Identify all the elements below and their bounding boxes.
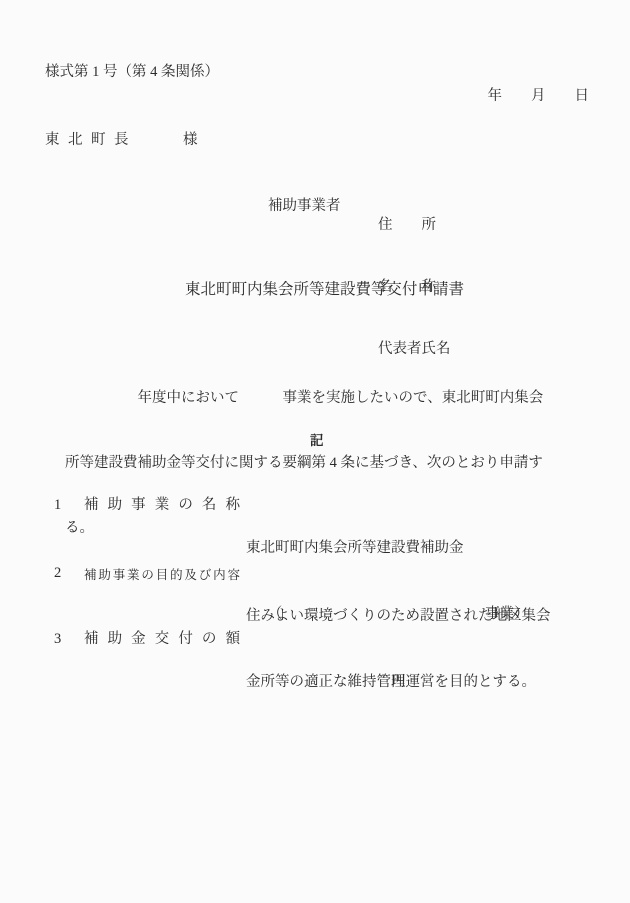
- document-page: 様式第 1 号（第 4 条関係） 年 月 日 東北町長 様 補助事業者 住 所 …: [0, 0, 630, 903]
- item-number: 3: [54, 629, 61, 649]
- body-paragraph-line: 所等建設費補助金等交付に関する要綱第 4 条に基づき、次のとおり申請す: [65, 451, 543, 476]
- item-label-grant-amount: 補助金交付の額: [84, 629, 240, 649]
- applicant-group-label: 補助事業者: [268, 196, 341, 216]
- body-paragraph-line: 年度中において 事業を実施したいので、東北町町内集会: [65, 386, 543, 411]
- applicant-field-address: 住 所: [378, 214, 451, 236]
- item-value-grant-amount: 金 円: [246, 629, 406, 735]
- item-value-line: 東北町町内集会所等建設費補助金: [246, 535, 529, 561]
- list-item-3: 3 補助金交付の額 金 円: [0, 629, 630, 689]
- item-value-line: 住みよい環境づくりのため設置された地区集会: [246, 603, 551, 629]
- list-item-2: 2 補助事業の目的及び内容 住みよい環境づくりのため設置された地区集会 所等の適…: [0, 563, 630, 623]
- item-number: 1: [54, 495, 61, 515]
- form-number: 様式第 1 号（第 4 条関係）: [45, 62, 219, 82]
- list-item-1: 1 補助事業の名称 東北町町内集会所等建設費補助金 （ 事業）: [0, 495, 630, 555]
- ki-heading: 記: [310, 431, 324, 451]
- item-value-line: 金 円: [246, 669, 406, 695]
- item-label-project-name: 補助事業の名称: [84, 495, 240, 515]
- date-line: 年 月 日: [488, 86, 590, 106]
- item-label-purpose: 補助事業の目的及び内容: [84, 563, 240, 585]
- addressee-line: 東北町長 様: [45, 130, 206, 150]
- item-number: 2: [54, 563, 61, 583]
- document-title: 東北町町内集会所等建設費等交付申請書: [185, 280, 464, 300]
